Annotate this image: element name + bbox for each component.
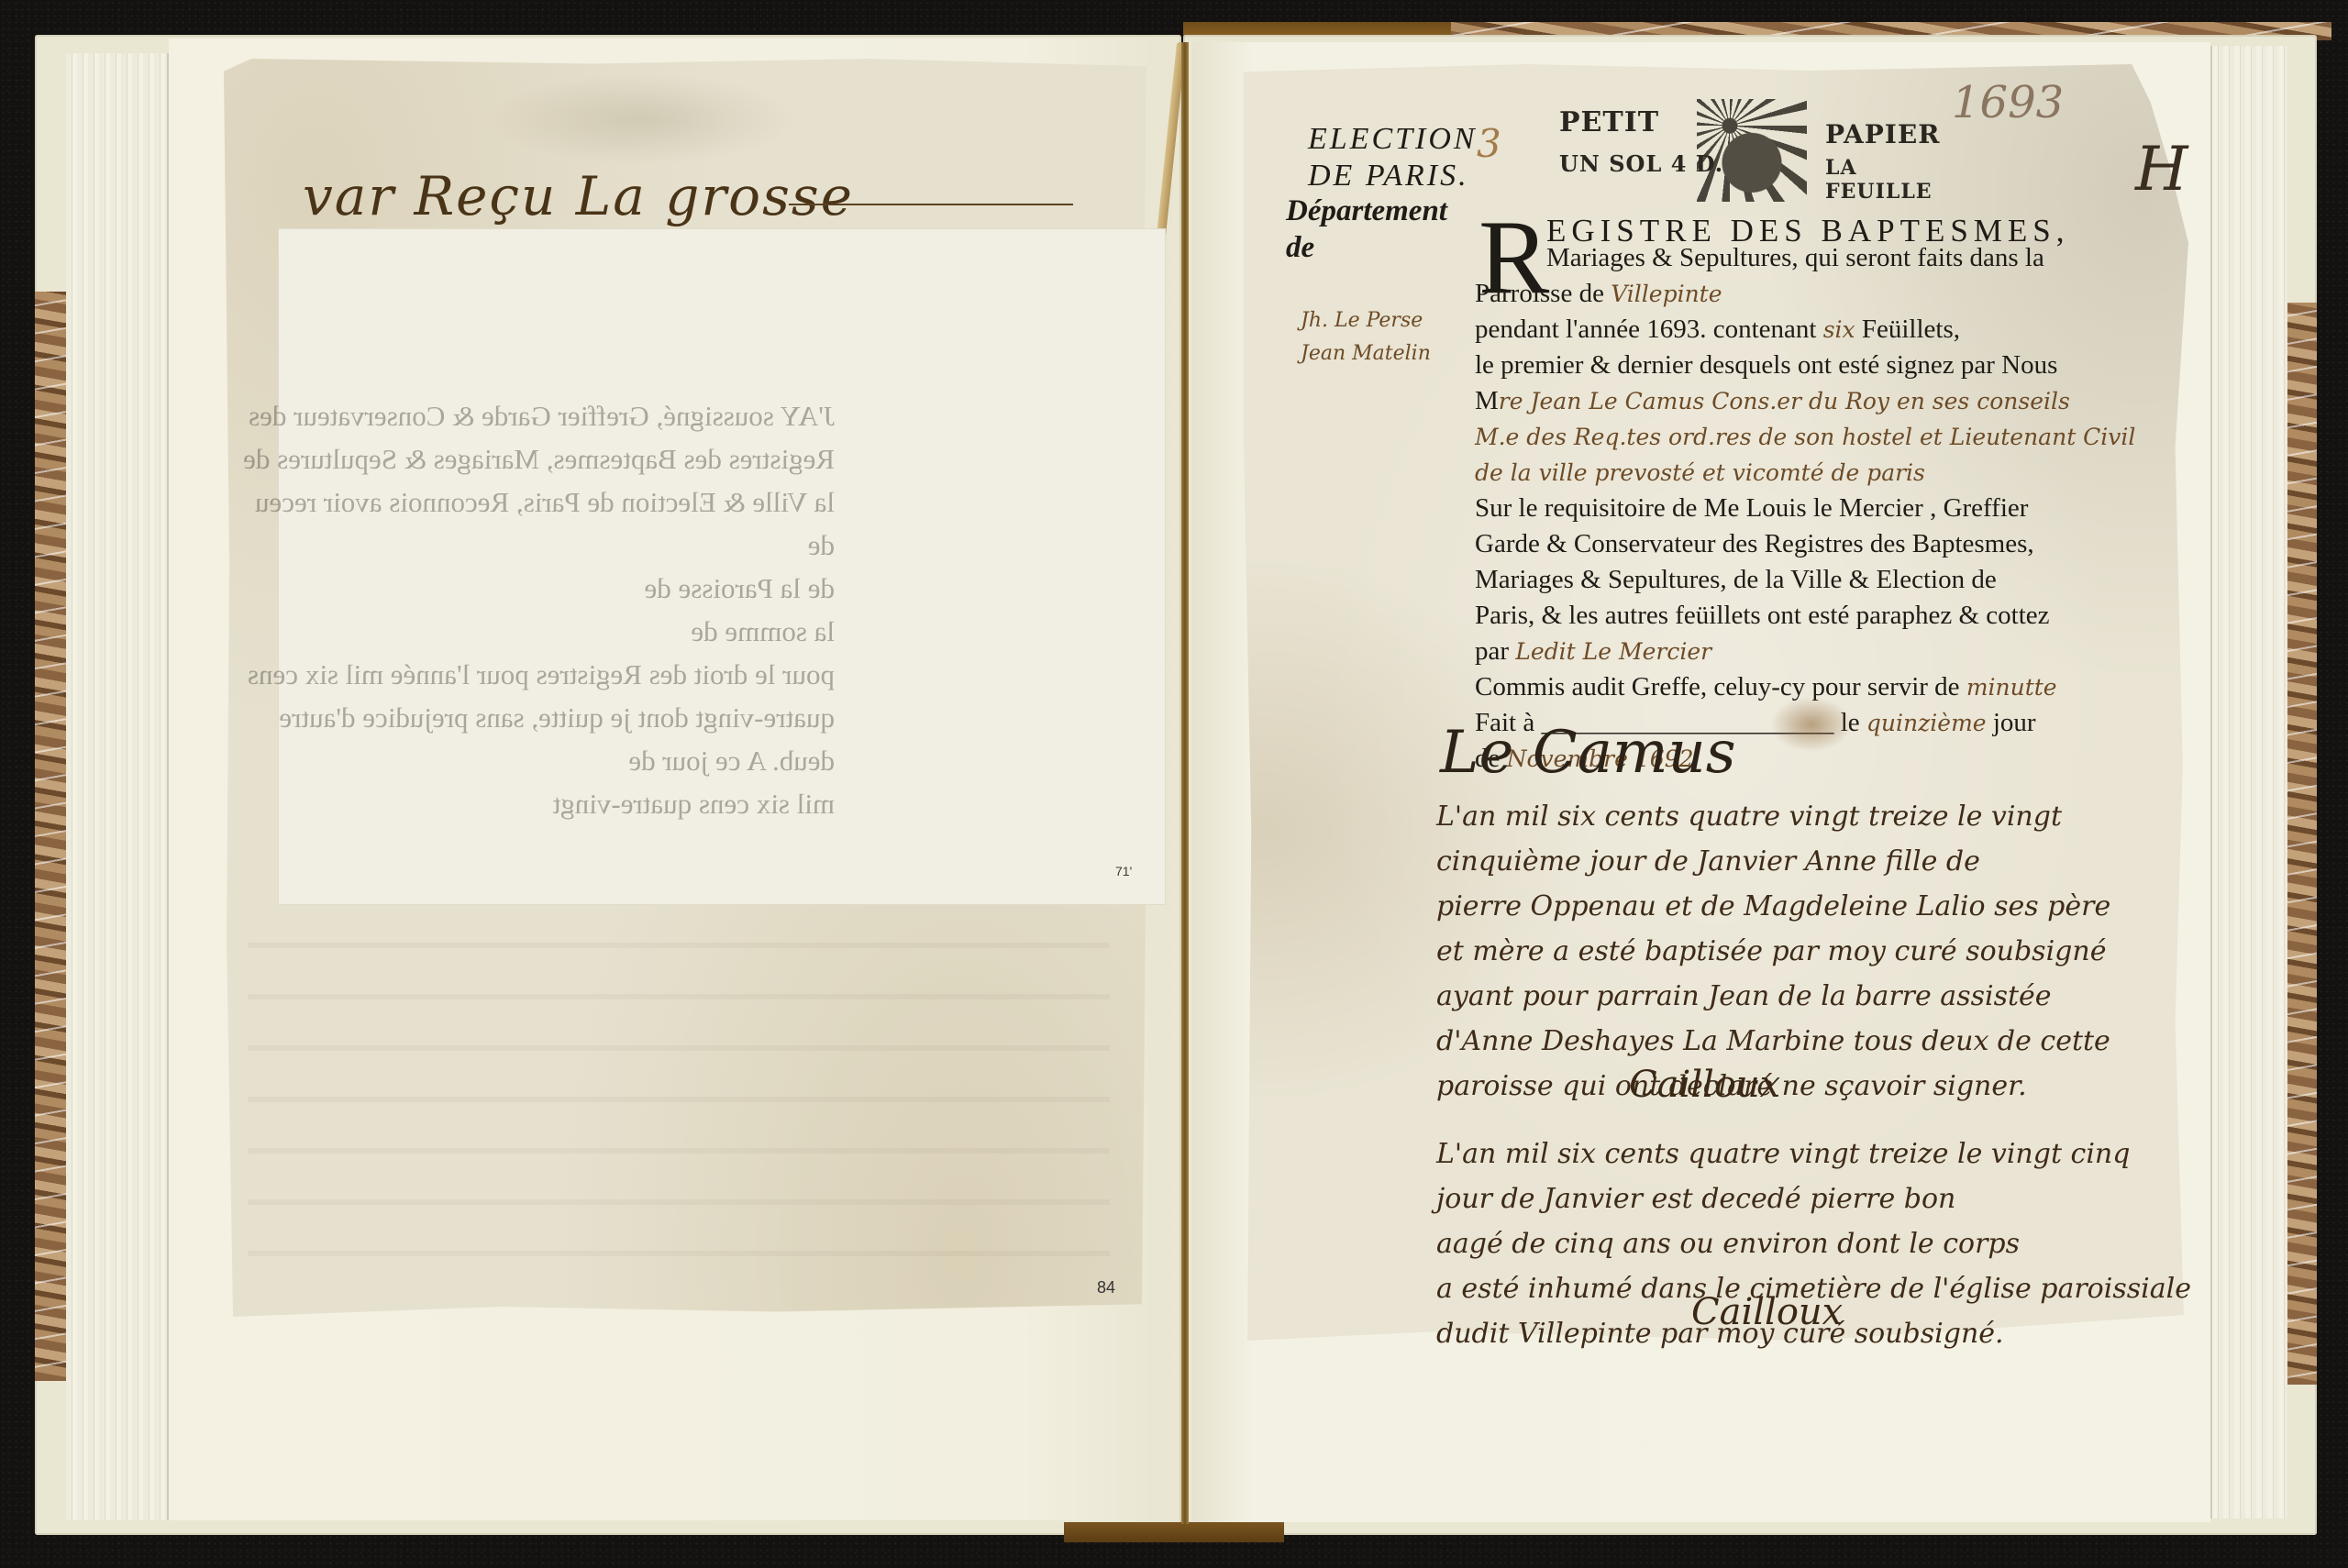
stamp-text-petit: PETIT [1559, 106, 1659, 138]
form-text: Garde & Conservateur des Registres des B… [1475, 529, 2034, 558]
election-line-2: DE PARIS. [1308, 158, 1478, 194]
corner-annotation: H [2135, 134, 2188, 204]
stamp-text-feuille: LA FEUILLE [1825, 156, 1944, 204]
tax-stamp: PETIT PAPIER UN SOL 4 D. LA FEUILLE [1559, 99, 1944, 202]
form-text: Sur le requisitoire de Me Louis le Merci… [1475, 493, 2028, 523]
form-line: le premier & dernier desquels ont esté s… [1475, 348, 2172, 383]
book-spine-bottom [1064, 1522, 1284, 1542]
folio-number-left: 84 [1097, 1278, 1115, 1297]
form-line: Garde & Conservateur des Registres des B… [1475, 526, 2172, 562]
form-line: Parroisse de Villepinte [1475, 276, 2172, 312]
departement-de: de [1286, 229, 1447, 266]
handwritten-official: de la ville prevosté et vicomté de paris [1475, 459, 1925, 486]
signature-cure-2: Cailloux [1691, 1291, 1843, 1333]
handwritten-parish: Villepinte [1611, 281, 1722, 307]
form-text: par [1475, 636, 1515, 666]
form-line: par Ledit Le Mercier [1475, 634, 2172, 669]
form-text: le premier & dernier desquels ont esté s… [1475, 350, 2057, 380]
receipt-line: deub. A ce jour de [426, 739, 835, 782]
receipt-line: mil six cens quatre-vingt [426, 782, 835, 825]
entry-line: paroisse qui ont declaré ne sçavoir sign… [1436, 1064, 2179, 1109]
entry-line: jour de Janvier est decedé pierre bon [1436, 1176, 2179, 1221]
form-text: Parroisse de [1475, 279, 1611, 308]
form-text: Paris, & les autres feüillets ont esté p… [1475, 601, 2050, 630]
entry-line: ayant pour parrain Jean de la barre assi… [1436, 974, 2179, 1019]
receipt-line: J'AY soussigné, Greffier Garde & Conserv… [426, 394, 835, 437]
baptism-entry: L'an mil six cents quatre vingt treize l… [1436, 794, 2179, 1109]
show-through-handwriting [248, 926, 1110, 1293]
margin-note-line: Jh. Le Perse [1301, 304, 1447, 337]
marbled-endpaper-left [35, 292, 66, 1381]
form-line: Mariages & Sepultures, qui seront faits … [1475, 240, 2172, 276]
handwritten-purpose: minutte [1966, 674, 2057, 701]
receipt-line: la somme de [426, 610, 835, 653]
signature-cure-1: Cailloux [1629, 1064, 1780, 1106]
form-line: de la ville prevosté et vicomté de paris [1475, 455, 2172, 491]
receipt-line: de la Paroisse de [426, 567, 835, 610]
inserted-receipt-slip: J'AY soussigné, Greffier Garde & Conserv… [279, 229, 1165, 904]
form-text: Commis audit Greffe, celuy-cy pour servi… [1475, 672, 1966, 701]
receipt-line: Registres des Baptesmes, Mariages & Sepu… [426, 437, 835, 480]
receipt-line: la Ville & Election de Paris, Reconnois … [426, 480, 835, 524]
marbled-endpaper-right [2284, 303, 2317, 1385]
handwritten-official: re Jean Le Camus Cons.er du Roy en ses c… [1499, 388, 2070, 414]
form-line: M.e des Req.tes ord.res de son hostel et… [1475, 419, 2172, 455]
flourish-mark: 3 [1477, 121, 1501, 166]
form-line: Sur le requisitoire de Me Louis le Merci… [1475, 491, 2172, 526]
slip-folio-number: 71' [1115, 864, 1132, 878]
mirrored-receipt-text: J'AY soussigné, Greffier Garde & Conserv… [279, 394, 1165, 825]
handwritten-note-received: var Reçu La grosse [303, 165, 854, 227]
margin-note-line: Jean Matelin [1301, 337, 1447, 370]
receipt-line: quatre-vingt dont je quitte, sans prejud… [426, 696, 835, 739]
departement-heading: Département de [1286, 193, 1447, 266]
entry-line: cinquième jour de Janvier Anne fille de [1436, 839, 2179, 884]
ink-stain [1770, 697, 1853, 752]
form-line: Mre Jean Le Camus Cons.er du Roy en ses … [1475, 383, 2172, 419]
handwritten-day: quinzième [1866, 710, 1987, 736]
form-line: pendant l'année 1693. contenant six Feüi… [1475, 312, 2172, 348]
handwritten-official: M.e des Req.tes ord.res de son hostel et… [1475, 424, 2135, 450]
entry-line: et mère a esté baptisée par moy curé sou… [1436, 929, 2179, 974]
year-annotation: 1693 [1952, 77, 2064, 128]
form-text: Mariages & Sepultures, de la Ville & Ele… [1475, 565, 1997, 594]
handwritten-leaf-count: six [1823, 316, 1855, 343]
show-through-stamp [486, 73, 798, 165]
stamp-text-papier: PAPIER [1825, 119, 1941, 149]
signature-le-camus: Le Camus [1440, 719, 1736, 787]
page-edges-right [2210, 46, 2287, 1518]
entry-line: L'an mil six cents quatre vingt treize l… [1436, 1132, 2179, 1176]
departement-label: Département [1286, 193, 1447, 229]
election-heading: ELECTION DE PARIS. [1308, 121, 1478, 194]
form-text: jour [1987, 708, 2036, 737]
form-text: Feüillets, [1855, 315, 1960, 344]
page-edges-left [66, 53, 169, 1520]
note-underline [789, 204, 1073, 205]
form-text: pendant l'année 1693. contenant [1475, 315, 1823, 344]
entry-line: aagé de cinq ans ou environ dont le corp… [1436, 1221, 2179, 1266]
form-line: Mariages & Sepultures, de la Ville & Ele… [1475, 562, 2172, 598]
entry-line: d'Anne Deshayes La Marbine tous deux de … [1436, 1019, 2179, 1064]
book-gutter [1181, 42, 1189, 1524]
entry-line: pierre Oppenau et de Magdeleine Lalio se… [1436, 884, 2179, 929]
handwritten-clerk: Ledit Le Mercier [1515, 638, 1711, 665]
election-line-1: ELECTION [1308, 121, 1478, 158]
entry-line: L'an mil six cents quatre vingt treize l… [1436, 794, 2179, 839]
fleur-de-lis-crown-emblem-icon [1697, 99, 1807, 202]
form-line: Paris, & les autres feüillets ont esté p… [1475, 598, 2172, 634]
form-text: Mariages & Sepultures, qui seront faits … [1546, 243, 2044, 272]
receipt-line: de [426, 524, 835, 567]
receipt-line: pour le droit des Registres pour l'année… [426, 653, 835, 696]
margin-annotation: Jh. Le Perse Jean Matelin [1301, 304, 1447, 370]
form-text: M [1475, 386, 1499, 415]
